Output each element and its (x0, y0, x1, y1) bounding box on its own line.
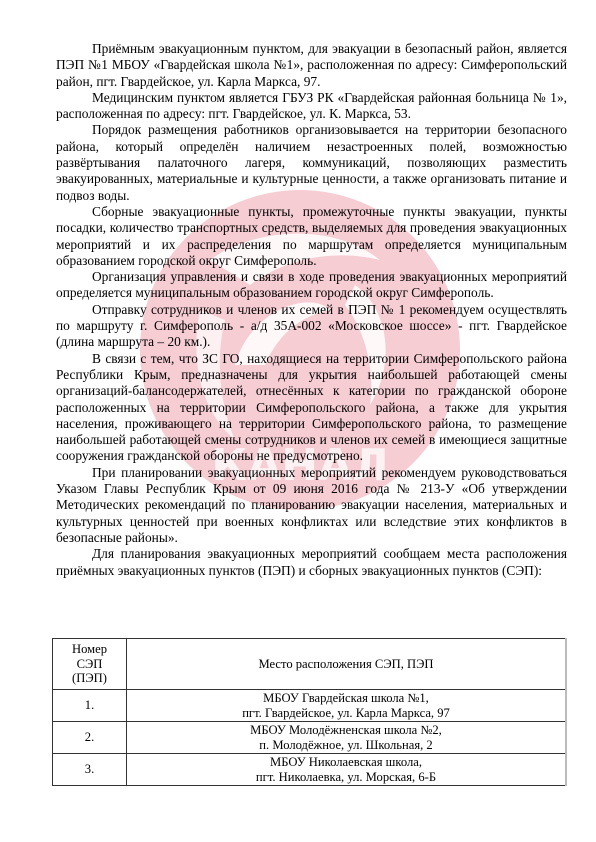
paragraph-decree: При планировании эвакуационных мероприят… (56, 465, 567, 546)
table-row: 3. МБОУ Николаевская школа, пгт. Николае… (53, 754, 567, 786)
evacuation-points-table: Номер СЭП (ПЭП) Место расположения СЭП, … (52, 638, 567, 786)
cell-location: МБОУ Молодёжненская школа №2, п. Молодёж… (127, 722, 567, 754)
paragraph-collection-points: Сборные эвакуационные пункты, промежуточ… (56, 204, 567, 269)
cell-number: 3. (53, 754, 127, 786)
cell-location: МБОУ Гвардейская школа №1, пгт. Гвардейс… (127, 690, 567, 722)
cell-number: 1. (53, 690, 127, 722)
document-page: КАНАЛ Приёмным эвакуационным пунктом, дл… (0, 0, 596, 842)
header-location: Место расположения СЭП, ПЭП (127, 639, 567, 690)
paragraph-table-intro: Для планирования эвакуационных мероприят… (56, 546, 567, 579)
paragraph-shelters: В связи с тем, что ЗС ГО, находящиеся на… (56, 351, 567, 465)
table-row: 2. МБОУ Молодёжненская школа №2, п. Моло… (53, 722, 567, 754)
document-body: Приёмным эвакуационным пунктом, для эвак… (56, 41, 567, 579)
cell-location: МБОУ Николаевская школа, пгт. Николаевка… (127, 754, 567, 786)
table-row: 1. МБОУ Гвардейская школа №1, пгт. Гвард… (53, 690, 567, 722)
paragraph-medical-point: Медицинским пунктом является ГБУЗ РК «Гв… (56, 90, 567, 123)
paragraph-placement-order: Порядок размещения работников организовы… (56, 122, 567, 203)
paragraph-management: Организация управления и связи в ходе пр… (56, 269, 567, 302)
header-number: Номер СЭП (ПЭП) (53, 639, 127, 690)
paragraph-route: Отправку сотрудников и членов их семей в… (56, 302, 567, 351)
table-header-row: Номер СЭП (ПЭП) Место расположения СЭП, … (53, 639, 567, 690)
cell-number: 2. (53, 722, 127, 754)
paragraph-evacuation-point: Приёмным эвакуационным пунктом, для эвак… (56, 41, 567, 90)
